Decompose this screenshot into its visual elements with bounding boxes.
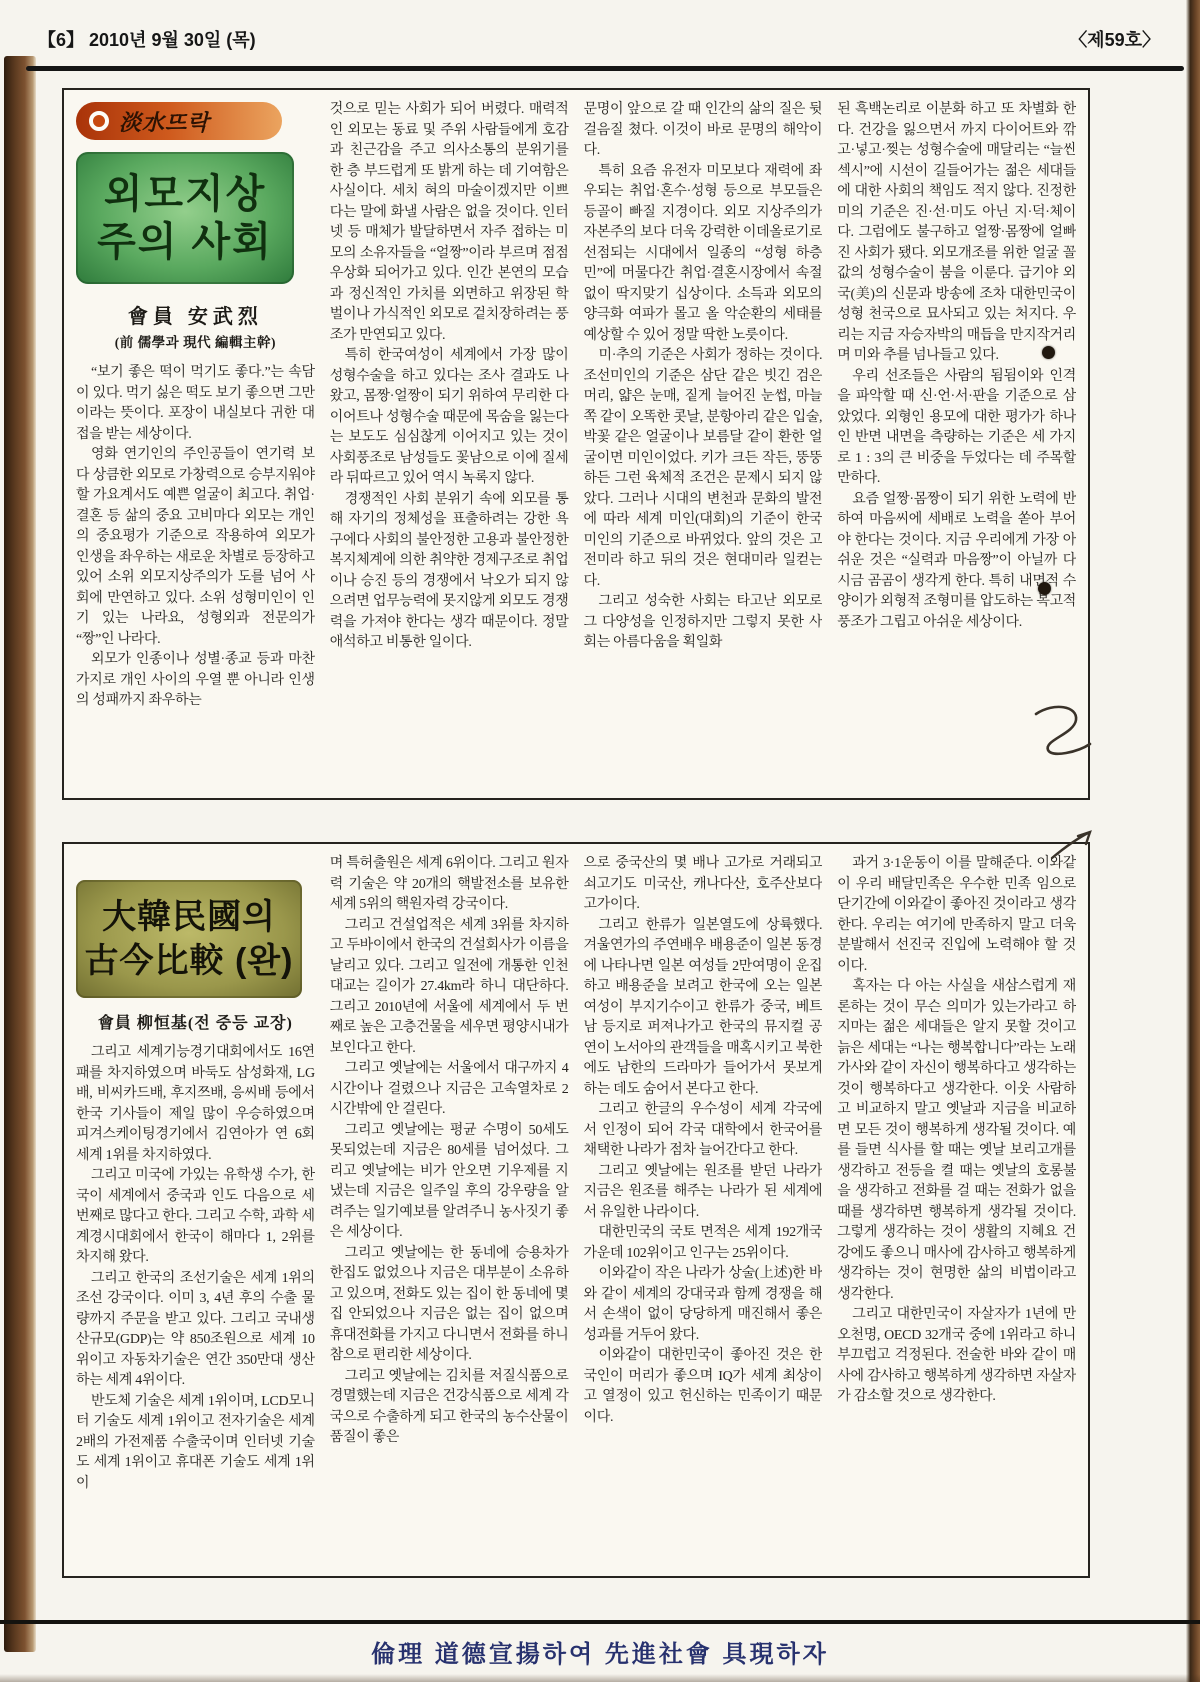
article-column: 문명이 앞으로 갈 때 인간의 삶의 질은 뒷걸음질 쳤다. 이것이 바로 문명… bbox=[584, 100, 823, 788]
page-date-label: 【6】 2010년 9월 30일 (목) bbox=[38, 26, 256, 52]
article2-author: 會員 柳恒基(전 중등 교장) bbox=[76, 1010, 315, 1033]
article-column: 淡水뜨락 외모지상 주의 사회 會員 安武烈 (前 儒學과 現代 編輯主幹) “… bbox=[76, 100, 315, 788]
paragraph: 그리고 옛날에는 한 동네에 승용차가 한집도 없었으나 지금은 대부분이 소유… bbox=[330, 1244, 569, 1367]
article2-title-box: 大韓民國의 古今比較 (완) bbox=[76, 880, 302, 998]
scan-edge-right bbox=[1186, 0, 1200, 1682]
paragraph: 대한민국의 국토 면적은 세계 192개국 가운데 102위이고 인구는 25위… bbox=[584, 1223, 823, 1264]
header-rule bbox=[26, 66, 1184, 71]
paragraph: 반도체 기술은 세계 1위이며, LCD모니터 기술도 세계 1위이고 전자기술… bbox=[76, 1392, 315, 1495]
paragraph: 그리고 대한민국이 자살자가 1년에 만오천명, OECD 32개국 중에 1위… bbox=[837, 1305, 1076, 1408]
paragraph: 외모가 인종이나 성별·종교 등과 마찬가지로 개인 사이의 우열 뿐 아니라 … bbox=[76, 650, 315, 712]
paragraph: 그리고 옛날에는 평균 수명이 50세도 못되었는데 지금은 80세를 넘어섰다… bbox=[330, 1121, 569, 1244]
masthead: 【6】 2010년 9월 30일 (목) 〈제59호〉 bbox=[38, 26, 1160, 52]
paragraph: 경쟁적인 사회 분위기 속에 외모를 통해 자기의 정체성을 표출하려는 강한 … bbox=[330, 490, 569, 654]
ring-icon bbox=[89, 111, 109, 131]
article2-column2-text: 며 특허출원은 세계 6위이다. 그리고 원자력 기술은 약 20개의 핵발전소… bbox=[330, 854, 569, 1566]
article1-title-box: 외모지상 주의 사회 bbox=[76, 152, 294, 284]
article-column: 으로 중국산의 몇 배나 고가로 거래되고 쇠고기도 미국산, 캐나다산, 호주… bbox=[584, 854, 823, 1566]
pen-mark-check bbox=[1048, 828, 1094, 868]
paragraph: 그리고 옛날에는 김치를 저질식품으로 경멸했는데 지금은 건강식품으로 세계 … bbox=[330, 1367, 569, 1449]
article-column: 과거 3·1운동이 이를 말해준다. 이와같이 우리 배달민족은 우수한 민족 … bbox=[837, 854, 1076, 1566]
article2-column3-text: 으로 중국산의 몇 배나 고가로 거래되고 쇠고기도 미국산, 캐나다산, 호주… bbox=[584, 854, 823, 1566]
article2-title-line2: 古今比較 (완) bbox=[85, 939, 294, 983]
paragraph: 그리고 옛날에는 서울에서 대구까지 4시간이나 걸렸으나 지금은 고속열차로 … bbox=[330, 1059, 569, 1121]
column-logo-badge: 淡水뜨락 bbox=[76, 102, 282, 140]
pen-mark-scribble bbox=[1026, 700, 1096, 762]
article-column: 大韓民國의 古今比較 (완) 會員 柳恒基(전 중등 교장) 그리고 세계기능경… bbox=[76, 854, 315, 1566]
paragraph: 특히 한국여성이 세계에서 가장 많이 성형수술을 하고 있다는 조사 결과도 … bbox=[330, 346, 569, 490]
article-column: 것으로 믿는 사회가 되어 버렸다. 매력적인 외모는 동료 및 주위 사람들에… bbox=[330, 100, 569, 788]
paragraph: 그리고 한글의 우수성이 세계 각국에서 인정이 되어 각국 대학에서 한국어를… bbox=[584, 1100, 823, 1162]
article1-column3-text: 문명이 앞으로 갈 때 인간의 삶의 질은 뒷걸음질 쳤다. 이것이 바로 문명… bbox=[584, 100, 823, 788]
footer-slogan: 倫理 道德宣揚하여 先進社會 具現하자 bbox=[0, 1634, 1200, 1669]
newspaper-page: 【6】 2010년 9월 30일 (목) 〈제59호〉 淡水뜨락 외모지상 주의… bbox=[0, 0, 1200, 1682]
paragraph: 요즘 얼짱·몸짱이 되기 위한 노력에 반하여 마음씨에 세배로 노력을 쏟아 … bbox=[837, 490, 1076, 634]
punch-hole-icon bbox=[1038, 582, 1051, 595]
paragraph: 된 흑백논리로 이분화 하고 또 차별화 한다. 건강을 잃으면서 까지 다이어… bbox=[837, 100, 1076, 367]
paragraph: 이와같이 작은 나라가 상술(上述)한 바와 같이 세계의 강대국과 함께 경쟁… bbox=[584, 1264, 823, 1346]
column-logo-label: 淡水뜨락 bbox=[119, 106, 210, 137]
paragraph: 그리고 옛날에는 원조를 받던 나라가 지금은 원조를 해주는 나라가 된 세계… bbox=[584, 1162, 823, 1224]
article1-author-note: (前 儒學과 現代 編輯主幹) bbox=[76, 331, 315, 351]
article-column: 된 흑백논리로 이분화 하고 또 차별화 한다. 건강을 잃으면서 까지 다이어… bbox=[837, 100, 1076, 788]
article-column: 며 특허출원은 세계 6위이다. 그리고 원자력 기술은 약 20개의 핵발전소… bbox=[330, 854, 569, 1566]
punch-hole-icon bbox=[1042, 346, 1055, 359]
article2-column4-text: 과거 3·1운동이 이를 말해준다. 이와같이 우리 배달민족은 우수한 민족 … bbox=[837, 854, 1076, 1566]
paragraph: 문명이 앞으로 갈 때 인간의 삶의 질은 뒷걸음질 쳤다. 이것이 바로 문명… bbox=[584, 100, 823, 162]
paragraph: 특히 요즘 유전자 미모보다 재력에 좌우되는 취업·혼수·성형 등으로 부모들… bbox=[584, 162, 823, 347]
paragraph: 우리 선조들은 사람의 됨됨이와 인격을 파악할 때 신·언·서·판을 기준으로… bbox=[837, 367, 1076, 490]
paragraph: 으로 중국산의 몇 배나 고가로 거래되고 쇠고기도 미국산, 캐나다산, 호주… bbox=[584, 854, 823, 916]
article1-column4-text: 된 흑백논리로 이분화 하고 또 차별화 한다. 건강을 잃으면서 까지 다이어… bbox=[837, 100, 1076, 788]
paragraph: 그리고 미국에 가있는 유학생 수가, 한국이 세계에서 중국과 인도 다음으로… bbox=[76, 1166, 315, 1269]
paragraph: 것으로 믿는 사회가 되어 버렸다. 매력적인 외모는 동료 및 주위 사람들에… bbox=[330, 100, 569, 346]
article1-column1-text: “보기 좋은 떡이 먹기도 좋다.”는 속담이 있다. 먹기 싫은 떡도 보기 … bbox=[76, 363, 315, 788]
article2-title-line1: 大韓民國의 bbox=[102, 895, 276, 939]
paragraph: 그리고 한국의 조선기술은 세계 1위의 조선 강국이다. 이미 3, 4년 후… bbox=[76, 1269, 315, 1392]
scan-edge-bottom bbox=[0, 1674, 1200, 1682]
paragraph: 혹자는 다 아는 사실을 새삼스럽게 재론하는 것이 무슨 의미가 있는가라고 … bbox=[837, 977, 1076, 1305]
paragraph: 미·추의 기준은 사회가 정하는 것이다. 조선미인의 기준은 삼단 같은 빗긴… bbox=[584, 346, 823, 592]
article2-column1-text: 그리고 세계기능경기대회에서도 16연패를 차지하였으며 바둑도 삼성화재, L… bbox=[76, 1043, 315, 1566]
paragraph: 그리고 세계기능경기대회에서도 16연패를 차지하였으며 바둑도 삼성화재, L… bbox=[76, 1043, 315, 1166]
article1-author: 會員 安武烈 bbox=[76, 300, 315, 329]
article1-title-line2: 주의 사회 bbox=[97, 218, 273, 266]
article1-title-line1: 외모지상 bbox=[104, 170, 267, 218]
paragraph: 과거 3·1운동이 이를 말해준다. 이와같이 우리 배달민족은 우수한 민족 … bbox=[837, 854, 1076, 977]
paragraph: 영화 연기인의 주인공들이 연기력 보다 상큼한 외모로 가창력으로 승부지워야… bbox=[76, 445, 315, 650]
paragraph: 그리고 성숙한 사회는 타고난 외모로 그 다양성을 인정하지만 그렇지 못한 … bbox=[584, 592, 823, 654]
footer-rule bbox=[0, 1620, 1200, 1624]
article-korea-comparison: 大韓民國의 古今比較 (완) 會員 柳恒基(전 중등 교장) 그리고 세계기능경… bbox=[62, 842, 1090, 1578]
article-appearance-first: 淡水뜨락 외모지상 주의 사회 會員 安武烈 (前 儒學과 現代 編輯主幹) “… bbox=[62, 88, 1090, 800]
issue-number-label: 〈제59호〉 bbox=[1069, 26, 1160, 52]
article1-column2-text: 것으로 믿는 사회가 되어 버렸다. 매력적인 외모는 동료 및 주위 사람들에… bbox=[330, 100, 569, 788]
paragraph: 며 특허출원은 세계 6위이다. 그리고 원자력 기술은 약 20개의 핵발전소… bbox=[330, 854, 569, 916]
paragraph: 그리고 건설업적은 세계 3위를 차지하고 두바이에서 한국의 건설회사가 이름… bbox=[330, 916, 569, 1060]
paragraph: 그리고 한류가 일본열도에 상륙했다. 겨울연가의 주연배우 배용준이 일본 동… bbox=[584, 916, 823, 1101]
paragraph: 이와같이 대한민국이 좋아진 것은 한국인이 머리가 좋으며 IQ가 세계 최상… bbox=[584, 1346, 823, 1428]
scan-edge-left bbox=[4, 56, 36, 1652]
paragraph: “보기 좋은 떡이 먹기도 좋다.”는 속담이 있다. 먹기 싫은 떡도 보기 … bbox=[76, 363, 315, 445]
